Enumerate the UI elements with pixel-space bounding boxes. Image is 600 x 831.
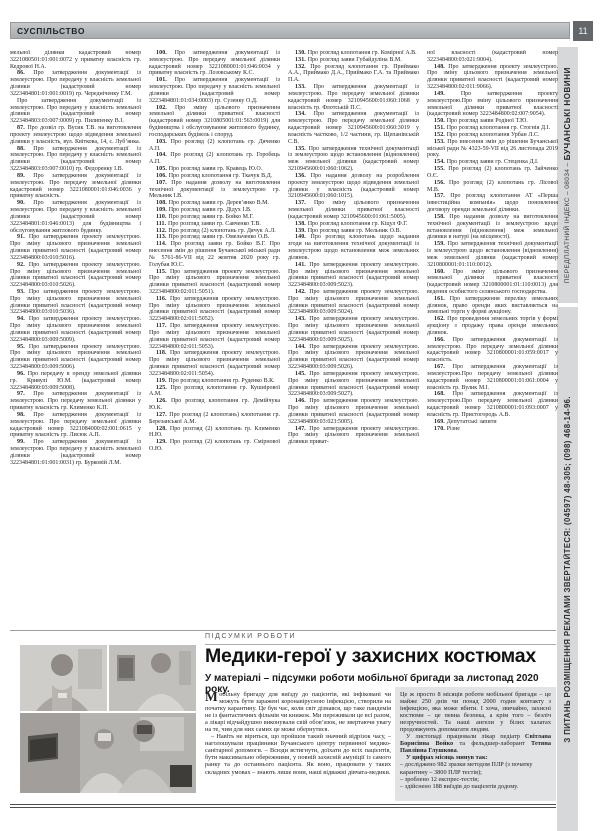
photo-portrait-nurse — [109, 645, 196, 711]
agenda-item: 162. Про проведення земельних торгів у ф… — [427, 316, 558, 336]
agenda-item: 102. Про зміну цільового призначення зем… — [149, 105, 280, 139]
agenda-item: 90. Про затвердження документації із зем… — [10, 200, 141, 234]
agenda-item: 126. Про розгляд клопотання гр. Демійчук… — [149, 398, 280, 412]
agenda-item: 111. Про розгляд заяви гр. Савченко Т.В. — [149, 221, 280, 228]
agenda-item: 132. Про розгляд клопотання гр. Приймако… — [288, 64, 419, 84]
agenda-item: 134. Про затвердження документації із зе… — [288, 111, 419, 145]
agenda-item: 143. Про затвердження проекту землеустро… — [288, 316, 419, 343]
subscription-index-label: ПЕРЕДПЛАТНИЙ ІНДЕКС – 08034 – — [564, 160, 571, 283]
agenda-item: 100. Про затвердження документації із зе… — [149, 50, 280, 77]
agenda-item: 93. Про затвердження проекту землеустрою… — [10, 289, 141, 316]
agenda-item: 108. Про розгляд заяви гр. Деревʼянко В.… — [149, 200, 280, 207]
newspaper-page: СУСПІЛЬСТВО 11 ПЕРЕДПЛАТНИЙ ІНДЕКС – 080… — [0, 0, 600, 831]
agenda-item: 141. Про затвердження проекту землеустро… — [288, 262, 419, 289]
article-text: та фельдшер-лаборант — [453, 740, 531, 747]
agenda-column-4: ної власності (кадастровий номер 3223484… — [427, 50, 558, 628]
agenda-item: 157. Про розгляд клопотання АТ «Перша ін… — [427, 193, 558, 213]
agenda-item: 156. Про розгляд (2) клопотань гр. Лісов… — [427, 180, 558, 194]
agenda-item: 142. Про затвердження проекту землеустро… — [288, 289, 419, 316]
agenda-item: 150. Про розгляд заяви Родіної Т.Ю. — [427, 118, 558, 125]
agenda-column-1: мельної ділянки кадастровий номер 322108… — [10, 50, 141, 628]
article-text: Це ж просто 8 місяців роботи мобільної б… — [400, 691, 551, 733]
article-block: ПІДСУМКИ РОБОТИ — [10, 630, 556, 806]
article-photo-collage — [20, 645, 196, 795]
agenda-item: 158. Про надання дозволу на виготовлення… — [427, 214, 558, 241]
agenda-item: 104. Про розгляд (2) клопотань гр. Гороб… — [149, 152, 280, 166]
agenda-item: 168. Про затвердження документації із зе… — [427, 391, 558, 418]
agenda-item: 96. Про передачу в оренду земельної діля… — [10, 371, 141, 391]
agenda-item: 167. Про затвердження документації із зе… — [427, 364, 558, 391]
article-paragraph: Мобільну бригаду для виїзду до пацієнтів… — [205, 691, 391, 733]
stats-list: – досліджено 982 зразки методом ПЛР (з п… — [400, 761, 551, 789]
agenda-item: 88. Про затвердження документації із зем… — [10, 146, 141, 173]
article-column-right: Це ж просто 8 місяців роботи мобільної б… — [395, 687, 556, 801]
agenda-item: 87. Про дозвіл гр. Вусик Т.В. на виготов… — [10, 125, 141, 145]
agenda-item: 144. Про затвердження проекту землеустро… — [288, 344, 419, 371]
agenda-item: 110. Про розгляд заяви гр. Бойко М.Г. — [149, 214, 280, 221]
agenda-item: 118. Про затвердження проекту землеустро… — [149, 350, 280, 377]
article-text: . — [457, 747, 459, 754]
agenda-item: 99. Про затвердження документації із зем… — [10, 439, 141, 466]
agenda-item: 128. Про розгляд (2) клопотань гр. Климе… — [149, 426, 280, 440]
agenda-item: 95. Про затвердження проекту землеустрою… — [10, 344, 141, 371]
agenda-item: 127. Про розгляд (2 клопотань) клопотанн… — [149, 412, 280, 426]
agenda-item: 140. Про розгляд клопотань щодо надання … — [288, 234, 419, 261]
section-header-bar: СУСПІЛЬСТВО — [10, 22, 570, 39]
article-paragraph: Це ж просто 8 місяців роботи мобільної б… — [400, 691, 551, 733]
agenda-item: 138. Про розгляд клопотання гр. Кіцул Ф.… — [288, 221, 419, 228]
agenda-item: 130. Про розгляд клопотання гр. Комірної… — [288, 50, 419, 57]
stat-line: – зроблено 12 експрес-тестів; — [400, 776, 551, 783]
agenda-item: 117. Про затвердження проекту землеустро… — [149, 323, 280, 350]
agenda-item: 98. Про затвердження документації із зем… — [10, 412, 141, 439]
agenda-item: 152. Про розгляд клопотання Урбан Л.С. — [427, 132, 558, 139]
agenda-list: мельної ділянки кадастровий номер 322108… — [10, 50, 558, 628]
agenda-item: 147. Про затвердження проекту землеустро… — [288, 426, 419, 446]
photo-portrait-doctor — [20, 645, 107, 711]
agenda-item: 155. Про розгляд (2) клопотань гр. Зайче… — [427, 166, 558, 180]
stat-line: – здійснено 188 виїздів до пацієнтів дод… — [400, 783, 551, 790]
agenda-item: 161. Про затвердження переліку земельних… — [427, 296, 558, 316]
agenda-item: 166. Про затвердження документації із зе… — [427, 337, 558, 364]
agenda-item: 146. Про затвердження проекту землеустро… — [288, 398, 419, 425]
agenda-item: 125. Про розгляд клопотання гр. Кушніров… — [149, 385, 280, 399]
agenda-item: 112. Про розгляд (2) клопотань гр. Дячук… — [149, 228, 280, 235]
agenda-item: 89. Про затвердження документації із зем… — [10, 173, 141, 200]
agenda-column-3: 130. Про розгляд клопотання гр. Комірної… — [288, 50, 419, 628]
agenda-item: ної власності (кадастровий номер 3223484… — [427, 50, 558, 64]
agenda-item: 149. Про затвердження проекту землеустро… — [427, 91, 558, 118]
article-headline: Медики-герої у захисних костюмах — [205, 645, 560, 668]
agenda-item: 86. Про затвердження документації із зем… — [10, 70, 141, 97]
agenda-item: 109. Про розгляд заяви гр. Дідух І.В. — [149, 207, 280, 214]
agenda-item: 136. Про надання дозволу на розроблення … — [288, 173, 419, 200]
agenda-item: 169. Депутатські запити — [427, 419, 558, 426]
agenda-item: 160. Про зміну цільового призначення зем… — [427, 269, 558, 296]
ads-contact-label: З ПИТАНЬ РОЗМІЩЕННЯ РЕКЛАМИ ЗВЕРТАЙТЕСЯ:… — [563, 396, 572, 743]
agenda-item: 129. Про розгляд (2) клопотань гр. Смірн… — [149, 439, 280, 453]
agenda-item: мельної ділянки кадастровий номер 322108… — [10, 50, 141, 70]
article-top-rule — [10, 630, 556, 631]
agenda-item: 101. Про затвердження документації із зе… — [149, 77, 280, 104]
agenda-item: 145. Про затвердження проекту землеустро… — [288, 371, 419, 398]
agenda-item: 170. Різне — [427, 426, 558, 433]
agenda-item: 139. Про розгляд заяви гр. Мельник О.В. — [288, 228, 419, 235]
agenda-item: 135. Про затвердження технічної документ… — [288, 146, 419, 173]
article-text: У листопаді працювали лікар педіатр — [406, 733, 525, 740]
agenda-item: 91. Про затвердження проекту землеустрою… — [10, 234, 141, 261]
agenda-item: 153. Про внесення змін до рішення Бучанс… — [427, 139, 558, 159]
agenda-item: 159. Про затвердження технічної документ… — [427, 241, 558, 268]
agenda-item: 114. Про розгляд заяви гр. Бойко В.Г. Пр… — [149, 241, 280, 268]
article-column-left: Мобільну бригаду для виїзду до пацієнтів… — [205, 691, 391, 799]
agenda-item: 151. Про розгляд клопотання гр. Стогнія … — [427, 125, 558, 132]
agenda-item: 92. Про затвердження проекту землеустрою… — [10, 262, 141, 289]
agenda-item: 94. Про затвердження проекту землеустрою… — [10, 316, 141, 343]
agenda-item: 148. Про затвердження проекту землеустро… — [427, 64, 558, 91]
newspaper-brand: БУЧАНСЬКІ НОВИНИ — [563, 67, 572, 160]
agenda-item: 133. Про затвердження документації із зе… — [288, 84, 419, 111]
agenda-item: 119. Про розгляд клопотання гр. Руденко … — [149, 378, 280, 385]
subscription-rail: ПЕРЕДПЛАТНИЙ ІНДЕКС – 08034 – БУЧАНСЬКІ … — [557, 47, 578, 303]
stat-line: – досліджено 982 зразки методом ПЛР (з п… — [400, 761, 551, 775]
subscription-rail-text: ПЕРЕДПЛАТНИЙ ІНДЕКС – 08034 – БУЧАНСЬКІ … — [563, 67, 572, 283]
bottom-divider — [10, 804, 556, 808]
agenda-item: 116. Про затвердження проекту землеустро… — [149, 296, 280, 323]
agenda-item: 131. Про розгляд заяви Губайдуліна В.М. — [288, 57, 419, 64]
agenda-item: 106. Про розгляд клопотання гр. Ткачук В… — [149, 173, 280, 180]
agenda-item: 137. Про зміну цільового призначення зем… — [288, 200, 419, 220]
agenda-item: 107. Про надання дозволу на виготовлення… — [149, 180, 280, 200]
agenda-item: 97. Про затвердження документації із зем… — [10, 391, 141, 411]
article-paragraph: У листопаді працювали лікар педіатр Світ… — [400, 733, 551, 754]
photo-mobile-brigade-team — [20, 713, 196, 793]
agenda-item: Про затвердження документації із землеус… — [10, 98, 141, 125]
agenda-column-2: 100. Про затвердження документації із зе… — [149, 50, 280, 628]
agenda-item: 103. Про розгляд (2) клопотань гр. Дячен… — [149, 139, 280, 153]
drop-cap: М — [205, 691, 219, 702]
section-title: СУСПІЛЬСТВО — [17, 26, 85, 36]
article-kicker: ПІДСУМКИ РОБОТИ — [205, 633, 296, 640]
agenda-item: 115. Про затвердження проекту землеустро… — [149, 269, 280, 296]
agenda-item: 105. Про розгляд заяви гр. Кравець Ю.О. — [149, 166, 280, 173]
stats-title: У цифрах місяць минув так: — [400, 754, 551, 761]
article-paragraph: – Навіть не віриться, що пройшов такий з… — [205, 733, 391, 775]
page-number: 11 — [573, 21, 593, 41]
ads-contact-rail: З ПИТАНЬ РОЗМІЩЕННЯ РЕКЛАМИ ЗВЕРТАЙТЕСЯ:… — [557, 307, 578, 831]
